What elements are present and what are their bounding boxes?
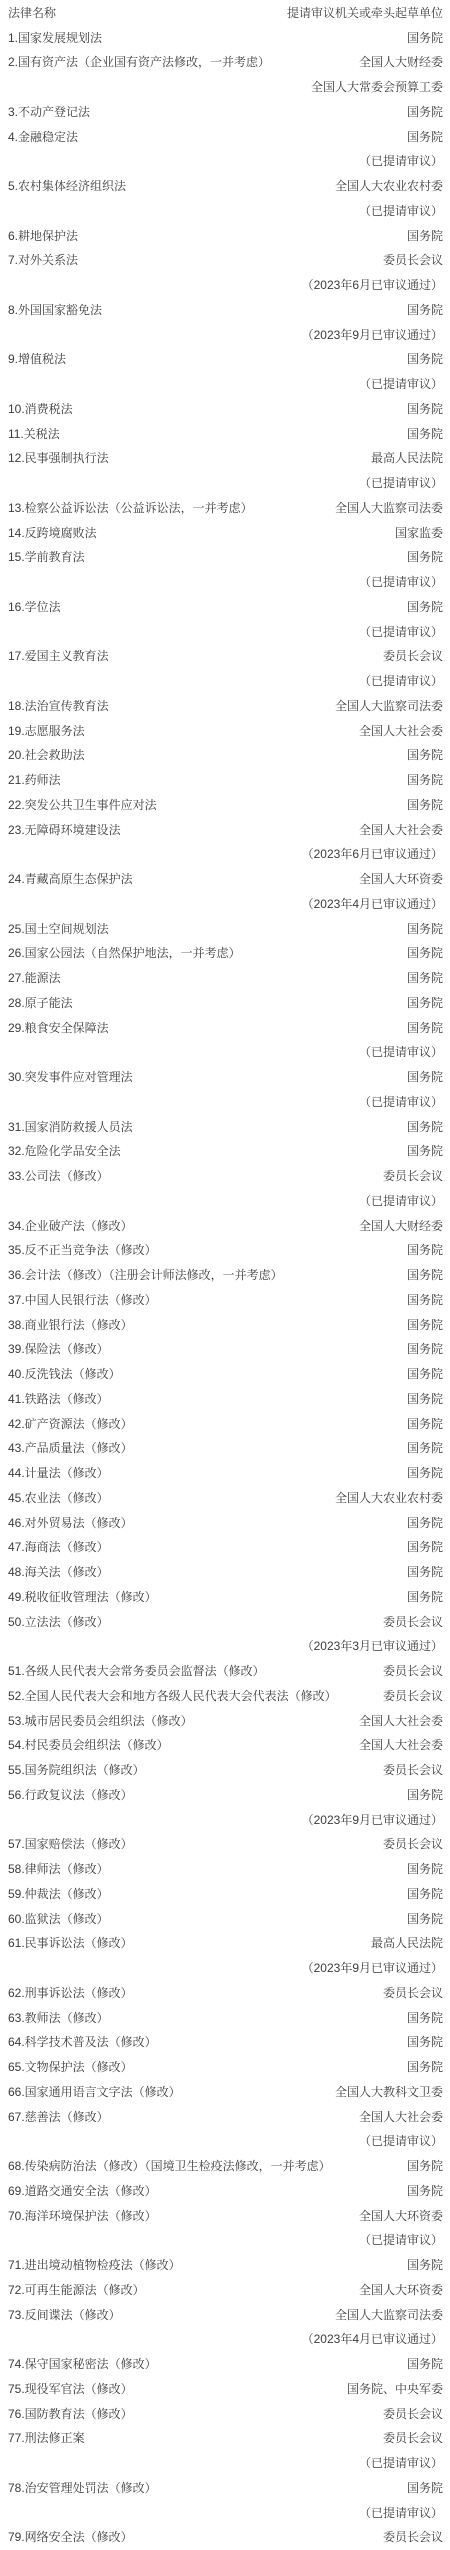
org-cell: 国务院 bbox=[407, 1266, 443, 1283]
table-row-note: （2023年4月已审议通过） bbox=[0, 891, 450, 916]
law-name-cell: 69.道路交通安全法（修改） bbox=[8, 2182, 401, 2199]
law-name-cell: 27.能源法 bbox=[8, 969, 401, 986]
law-name-cell: 22.突发公共卫生事件应对法 bbox=[8, 796, 401, 813]
table-row: 74.保守国家秘密法（修改）国务院 bbox=[0, 2351, 450, 2376]
status-note-cell: （已提请审议） bbox=[359, 2132, 443, 2149]
law-name-cell: 62.刑事诉讼法（修改） bbox=[8, 1984, 377, 2001]
table-row: 25.国土空间规划法国务院 bbox=[0, 916, 450, 941]
law-name-cell: 21.药师法 bbox=[8, 771, 401, 788]
org-cell: 国务院 bbox=[407, 1118, 443, 1135]
table-row-note: （已提请审议） bbox=[0, 2129, 450, 2154]
status-note-cell: （已提请审议） bbox=[359, 152, 443, 169]
status-note-cell: （2023年9月已审议通过） bbox=[302, 1959, 443, 1976]
table-row: 69.道路交通安全法（修改）国务院 bbox=[0, 2178, 450, 2203]
table-row: 37.中国人民银行法（修改）国务院 bbox=[0, 1287, 450, 1312]
table-row: 19.志愿服务法全国人大社会委 bbox=[0, 718, 450, 743]
org-cell: 全国人大农业农村委 bbox=[335, 1489, 443, 1506]
org-cell: 国务院 bbox=[407, 920, 443, 937]
org-cell: 全国人大社会委 bbox=[359, 821, 443, 838]
table-row: 5.农村集体经济组织法全国人大农业农村委 bbox=[0, 173, 450, 198]
law-name-cell: 45.农业法（修改） bbox=[8, 1489, 329, 1506]
org-cell: 国务院 bbox=[407, 598, 443, 615]
org-cell: 国务院 bbox=[407, 103, 443, 120]
table-row: 67.慈善法（修改）全国人大社会委 bbox=[0, 2104, 450, 2129]
law-name-cell: 46.对外贸易法（修改） bbox=[8, 1514, 401, 1531]
table-row: 15.学前教育法国务院 bbox=[0, 545, 450, 570]
org-cell: 全国人大财经委 bbox=[359, 1217, 443, 1234]
law-name-cell: 52.全国人民代表大会和地方各级人民代表大会代表法（修改） bbox=[8, 1687, 377, 1704]
table-row: 33.公司法（修改）委员长会议 bbox=[0, 1163, 450, 1188]
org-cell: 国务院 bbox=[407, 350, 443, 367]
status-note-cell: （2023年3月已审议通过） bbox=[302, 1637, 443, 1654]
law-name-cell: 23.无障碍环境建设法 bbox=[8, 821, 353, 838]
column-header-law-name: 法律名称 bbox=[8, 4, 281, 21]
law-name-cell: 40.反洗钱法（修改） bbox=[8, 1365, 401, 1382]
org-cell: 委员长会议 bbox=[383, 2429, 443, 2446]
table-row: 73.反间谍法（修改）全国人大监察司法委 bbox=[0, 2302, 450, 2327]
law-name-cell: 12.民事强制执行法 bbox=[8, 449, 365, 466]
status-note-cell: （2023年9月已审议通过） bbox=[302, 326, 443, 343]
table-row-note: （2023年3月已审议通过） bbox=[0, 1634, 450, 1659]
table-row: 56.行政复议法（修改）国务院 bbox=[0, 1782, 450, 1807]
table-row: 40.反洗钱法（修改）国务院 bbox=[0, 1361, 450, 1386]
table-row: 20.社会救助法国务院 bbox=[0, 743, 450, 768]
table-row: 77.刑法修正案委员长会议 bbox=[0, 2426, 450, 2451]
law-name-cell: 36.会计法（修改）（注册会计师法修改，一并考虑） bbox=[8, 1266, 401, 1283]
law-name-cell: 72.可再生能源法（修改） bbox=[8, 2281, 353, 2298]
table-row: 10.消费税法国务院 bbox=[0, 396, 450, 421]
table-row: 55.国务院组织法（修改）委员长会议 bbox=[0, 1757, 450, 1782]
table-row-note: （2023年9月已审议通过） bbox=[0, 1807, 450, 1832]
org-cell: 全国人大农业农村委 bbox=[335, 177, 443, 194]
law-name-cell: 56.行政复议法（修改） bbox=[8, 1786, 401, 1803]
law-name-cell: 29.粮食安全保障法 bbox=[8, 1019, 401, 1036]
org-cell: 全国人大环资委 bbox=[359, 2207, 443, 2224]
org-cell: 全国人大社会委 bbox=[359, 1712, 443, 1729]
law-name-cell: 3.不动产登记法 bbox=[8, 103, 401, 120]
org-cell: 国务院 bbox=[407, 1588, 443, 1605]
law-name-cell: 79.网络安全法（修改） bbox=[8, 2528, 377, 2545]
org-cell: 全国人大环资委 bbox=[359, 870, 443, 887]
org-cell: 委员长会议 bbox=[383, 1761, 443, 1778]
org-cell: 国务院 bbox=[407, 128, 443, 145]
table-row: 62.刑事诉讼法（修改）委员长会议 bbox=[0, 1980, 450, 2005]
org-cell: 国务院 bbox=[407, 301, 443, 318]
law-name-cell: 10.消费税法 bbox=[8, 400, 401, 417]
org-cell: 国务院 bbox=[407, 1563, 443, 1580]
table-row: 41.铁路法（修改）国务院 bbox=[0, 1386, 450, 1411]
table-row-note: （已提请审议） bbox=[0, 619, 450, 644]
law-name-cell: 37.中国人民银行法（修改） bbox=[8, 1291, 401, 1308]
law-name-cell: 55.国务院组织法（修改） bbox=[8, 1761, 377, 1778]
law-name-cell: 43.产品质量法（修改） bbox=[8, 1439, 401, 1456]
table-row: 51.各级人民代表大会常务委员会监督法（修改）委员长会议 bbox=[0, 1658, 450, 1683]
law-table-body: 1.国家发展规划法国务院2.国有资产法（企业国有资产法修改，一并考虑）全国人大财… bbox=[0, 25, 450, 2550]
table-row: 2.国有资产法（企业国有资产法修改，一并考虑）全国人大财经委 bbox=[0, 50, 450, 75]
law-name-cell: 1.国家发展规划法 bbox=[8, 29, 401, 46]
table-row-note: （已提请审议） bbox=[0, 668, 450, 693]
table-row-note: （已提请审议） bbox=[0, 2450, 450, 2475]
status-note-cell: （2023年9月已审议通过） bbox=[302, 1811, 443, 1828]
law-name-cell: 42.矿产资源法（修改） bbox=[8, 1415, 401, 1432]
law-name-cell: 7.对外关系法 bbox=[8, 251, 377, 268]
table-row: 1.国家发展规划法国务院 bbox=[0, 25, 450, 50]
table-row: 57.国家赔偿法（修改）委员长会议 bbox=[0, 1832, 450, 1857]
org-cell: 委员长会议 bbox=[383, 1687, 443, 1704]
org-cell: 国务院 bbox=[407, 2058, 443, 2075]
org-cell: 国务院 bbox=[407, 1365, 443, 1382]
table-row: 68.传染病防治法（修改）（国境卫生检疫法修改，一并考虑）国务院 bbox=[0, 2153, 450, 2178]
status-note-cell: （已提请审议） bbox=[359, 202, 443, 219]
status-note-cell: （已提请审议） bbox=[359, 2231, 443, 2248]
org-cell: 国务院 bbox=[407, 1291, 443, 1308]
org-cell: 委员长会议 bbox=[383, 1835, 443, 1852]
table-row: 42.矿产资源法（修改）国务院 bbox=[0, 1411, 450, 1436]
table-row: 30.突发事件应对管理法国务院 bbox=[0, 1064, 450, 1089]
table-row: 23.无障碍环境建设法全国人大社会委 bbox=[0, 817, 450, 842]
org-cell: 委员长会议 bbox=[383, 1167, 443, 1184]
table-row: 17.爱国主义教育法委员长会议 bbox=[0, 644, 450, 669]
table-row: 31.国家消防救援人员法国务院 bbox=[0, 1114, 450, 1139]
law-name-cell: 31.国家消防救援人员法 bbox=[8, 1118, 401, 1135]
law-name-cell: 9.增值税法 bbox=[8, 350, 401, 367]
table-row: 11.关税法国务院 bbox=[0, 421, 450, 446]
table-row-note: （已提请审议） bbox=[0, 2228, 450, 2253]
org-cell: 国务院 bbox=[407, 29, 443, 46]
table-row: 72.可再生能源法（修改）全国人大环资委 bbox=[0, 2277, 450, 2302]
org-cell: 国务院 bbox=[407, 1415, 443, 1432]
status-note-cell: （已提请审议） bbox=[359, 474, 443, 491]
law-name-cell: 76.国防教育法（修改） bbox=[8, 2405, 377, 2422]
table-row-note: （2023年9月已审议通过） bbox=[0, 1955, 450, 1980]
table-row: 18.法治宣传教育法全国人大监察司法委 bbox=[0, 693, 450, 718]
legislation-plan-table: 法律名称 提请审议机关或牵头起草单位 1.国家发展规划法国务院2.国有资产法（企… bbox=[0, 0, 450, 2550]
law-name-cell: 4.金融稳定法 bbox=[8, 128, 401, 145]
table-row-note: （已提请审议） bbox=[0, 470, 450, 495]
law-name-cell: 25.国土空间规划法 bbox=[8, 920, 401, 937]
table-row: 63.教师法（修改）国务院 bbox=[0, 2005, 450, 2030]
status-note-cell: （已提请审议） bbox=[359, 2504, 443, 2521]
table-row: 32.危险化学品安全法国务院 bbox=[0, 1139, 450, 1164]
org-cell: 国务院 bbox=[407, 1786, 443, 1803]
table-row-note: （已提请审议） bbox=[0, 198, 450, 223]
org-cell: 委员长会议 bbox=[383, 1662, 443, 1679]
status-note-cell: （已提请审议） bbox=[359, 1043, 443, 1060]
law-name-cell: 13.检察公益诉讼法（公益诉讼法，一并考虑） bbox=[8, 499, 329, 516]
law-name-cell: 24.青藏高原生态保护法 bbox=[8, 870, 353, 887]
table-row: 70.海洋环境保护法（修改）全国人大环资委 bbox=[0, 2203, 450, 2228]
law-name-cell: 53.城市居民委员会组织法（修改） bbox=[8, 1712, 353, 1729]
org-cell: 国务院 bbox=[407, 969, 443, 986]
table-row: 43.产品质量法（修改）国务院 bbox=[0, 1436, 450, 1461]
law-name-cell: 54.村民委员会组织法（修改） bbox=[8, 1736, 353, 1753]
law-name-cell: 61.民事诉讼法（修改） bbox=[8, 1934, 365, 1951]
table-row: 4.金融稳定法国务院 bbox=[0, 124, 450, 149]
table-row: 39.保险法（修改）国务院 bbox=[0, 1337, 450, 1362]
table-row: 78.治安管理处罚法（修改）国务院 bbox=[0, 2475, 450, 2500]
org-cell: 全国人大社会委 bbox=[359, 722, 443, 739]
table-header-row: 法律名称 提请审议机关或牵头起草单位 bbox=[0, 0, 450, 25]
org-cell: 国务院 bbox=[407, 944, 443, 961]
law-name-cell: 11.关税法 bbox=[8, 425, 401, 442]
org-cell: 委员长会议 bbox=[383, 2405, 443, 2422]
status-note-cell: （已提请审议） bbox=[359, 573, 443, 590]
table-row-note: （2023年6月已审议通过） bbox=[0, 842, 450, 867]
law-name-cell: 41.铁路法（修改） bbox=[8, 1390, 401, 1407]
table-row: 35.反不正当竞争法（修改）国务院 bbox=[0, 1238, 450, 1263]
org-cell: 全国人大监察司法委 bbox=[335, 697, 443, 714]
org-cell: 全国人大监察司法委 bbox=[335, 499, 443, 516]
table-row: 16.学位法国务院 bbox=[0, 594, 450, 619]
law-name-cell: 32.危险化学品安全法 bbox=[8, 1142, 401, 1159]
table-row: 28.原子能法国务院 bbox=[0, 990, 450, 1015]
org-cell: 国务院 bbox=[407, 771, 443, 788]
table-row: 27.能源法国务院 bbox=[0, 965, 450, 990]
org-cell: 国务院 bbox=[407, 2256, 443, 2273]
law-name-cell: 28.原子能法 bbox=[8, 994, 401, 1011]
law-name-cell: 19.志愿服务法 bbox=[8, 722, 353, 739]
org-cell: 国务院 bbox=[407, 1885, 443, 1902]
org-cell: 国务院 bbox=[407, 1910, 443, 1927]
org-cell: 国务院 bbox=[407, 2033, 443, 2050]
law-name-cell: 2.国有资产法（企业国有资产法修改，一并考虑） bbox=[8, 53, 353, 70]
table-row: 47.海商法（修改）国务院 bbox=[0, 1535, 450, 1560]
table-row: 6.耕地保护法国务院 bbox=[0, 223, 450, 248]
status-note-cell: （2023年6月已审议通过） bbox=[302, 276, 443, 293]
org-cell: 国务院 bbox=[407, 2479, 443, 2496]
table-row-note: （已提请审议） bbox=[0, 2500, 450, 2525]
table-row: 13.检察公益诉讼法（公益诉讼法，一并考虑）全国人大监察司法委 bbox=[0, 495, 450, 520]
table-row-note: （已提请审议） bbox=[0, 1040, 450, 1065]
table-row: 58.律师法（修改）国务院 bbox=[0, 1856, 450, 1881]
org-cell: 委员长会议 bbox=[383, 647, 443, 664]
table-row: 9.增值税法国务院 bbox=[0, 347, 450, 372]
org-cell: 国务院 bbox=[407, 1142, 443, 1159]
table-row: 66.国家通用语言文字法（修改）全国人大教科文卫委 bbox=[0, 2079, 450, 2104]
org-cell: 国务院 bbox=[407, 1340, 443, 1357]
org-cell: 最高人民法院 bbox=[371, 1934, 443, 1951]
status-note-cell: （2023年6月已审议通过） bbox=[302, 845, 443, 862]
table-row: 79.网络安全法（修改）委员长会议 bbox=[0, 2525, 450, 2550]
table-row: 44.计量法（修改）国务院 bbox=[0, 1460, 450, 1485]
org-cell: 国务院 bbox=[407, 1019, 443, 1036]
org-cell: 国务院 bbox=[407, 548, 443, 565]
law-name-cell: 63.教师法（修改） bbox=[8, 2009, 401, 2026]
law-name-cell: 30.突发事件应对管理法 bbox=[8, 1068, 401, 1085]
org-cell: 全国人大监察司法委 bbox=[335, 2306, 443, 2323]
status-note-cell: （已提请审议） bbox=[359, 672, 443, 689]
law-name-cell: 26.国家公园法（自然保护地法，一并考虑） bbox=[8, 944, 401, 961]
table-row: 71.进出境动植物检疫法（修改）国务院 bbox=[0, 2252, 450, 2277]
table-row: 60.监狱法（修改）国务院 bbox=[0, 1906, 450, 1931]
law-name-cell: 16.学位法 bbox=[8, 598, 401, 615]
table-row: 48.海关法（修改）国务院 bbox=[0, 1559, 450, 1584]
table-row: 8.外国国家豁免法国务院 bbox=[0, 297, 450, 322]
table-row: 34.企业破产法（修改）全国人大财经委 bbox=[0, 1213, 450, 1238]
org-cell: 国家监委 bbox=[395, 524, 443, 541]
table-row: 76.国防教育法（修改）委员长会议 bbox=[0, 2401, 450, 2426]
org-cell: 国务院 bbox=[407, 1514, 443, 1531]
org-cell: 委员长会议 bbox=[383, 1984, 443, 2001]
table-row: 59.仲裁法（修改）国务院 bbox=[0, 1881, 450, 1906]
law-name-cell: 75.现役军官法（修改） bbox=[8, 2380, 341, 2397]
org-cell: 国务院 bbox=[407, 400, 443, 417]
law-name-cell: 73.反间谍法（修改） bbox=[8, 2306, 329, 2323]
org-cell: 国务院 bbox=[407, 1316, 443, 1333]
table-row: 24.青藏高原生态保护法全国人大环资委 bbox=[0, 866, 450, 891]
table-row: 46.对外贸易法（修改）国务院 bbox=[0, 1510, 450, 1535]
law-name-cell: 50.立法法（修改） bbox=[8, 1613, 377, 1630]
org-cell: 国务院 bbox=[407, 1464, 443, 1481]
org-cell: 国务院 bbox=[407, 425, 443, 442]
law-name-cell: 70.海洋环境保护法（修改） bbox=[8, 2207, 353, 2224]
table-row: 54.村民委员会组织法（修改）全国人大社会委 bbox=[0, 1733, 450, 1758]
law-name-cell: 64.科学技术普及法（修改） bbox=[8, 2033, 401, 2050]
status-note-cell: （已提请审议） bbox=[359, 623, 443, 640]
status-note-cell: （已提请审议） bbox=[359, 375, 443, 392]
law-name-cell: 74.保守国家秘密法（修改） bbox=[8, 2355, 401, 2372]
org-cell: 全国人大教科文卫委 bbox=[335, 2083, 443, 2100]
table-row-note: （2023年6月已审议通过） bbox=[0, 272, 450, 297]
table-row-note: （2023年9月已审议通过） bbox=[0, 322, 450, 347]
law-name-cell: 38.商业银行法（修改） bbox=[8, 1316, 401, 1333]
org-cell: 国务院 bbox=[407, 1068, 443, 1085]
org-cell: 国务院 bbox=[407, 1390, 443, 1407]
org-cell: 国务院 bbox=[407, 746, 443, 763]
law-name-cell: 6.耕地保护法 bbox=[8, 227, 401, 244]
law-name-cell: 65.文物保护法（修改） bbox=[8, 2058, 401, 2075]
law-name-cell: 15.学前教育法 bbox=[8, 548, 401, 565]
org-cell: 全国人大环资委 bbox=[359, 2281, 443, 2298]
status-note-cell: （2023年4月已审议通过） bbox=[302, 895, 443, 912]
org-cell: 国务院 bbox=[407, 994, 443, 1011]
status-note-cell: （已提请审议） bbox=[359, 1093, 443, 1110]
law-name-cell: 58.律师法（修改） bbox=[8, 1860, 401, 1877]
status-note-cell: （已提请审议） bbox=[359, 1192, 443, 1209]
table-row: 26.国家公园法（自然保护地法，一并考虑）国务院 bbox=[0, 941, 450, 966]
status-note-cell: 全国人大常委会预算工委 bbox=[311, 78, 443, 95]
table-row: 7.对外关系法委员长会议 bbox=[0, 248, 450, 273]
law-name-cell: 39.保险法（修改） bbox=[8, 1340, 401, 1357]
law-name-cell: 49.税收征收管理法（修改） bbox=[8, 1588, 401, 1605]
law-name-cell: 77.刑法修正案 bbox=[8, 2429, 377, 2446]
table-row: 52.全国人民代表大会和地方各级人民代表大会代表法（修改）委员长会议 bbox=[0, 1683, 450, 1708]
org-cell: 委员长会议 bbox=[383, 1613, 443, 1630]
law-name-cell: 51.各级人民代表大会常务委员会监督法（修改） bbox=[8, 1662, 377, 1679]
org-cell: 委员长会议 bbox=[383, 251, 443, 268]
law-name-cell: 68.传染病防治法（修改）（国境卫生检疫法修改，一并考虑） bbox=[8, 2157, 401, 2174]
table-row: 65.文物保护法（修改）国务院 bbox=[0, 2054, 450, 2079]
org-cell: 国务院 bbox=[407, 2182, 443, 2199]
table-row: 36.会计法（修改）（注册会计师法修改，一并考虑）国务院 bbox=[0, 1262, 450, 1287]
law-name-cell: 71.进出境动植物检疫法（修改） bbox=[8, 2256, 401, 2273]
table-row-note: （2023年4月已审议通过） bbox=[0, 2327, 450, 2352]
table-row: 21.药师法国务院 bbox=[0, 767, 450, 792]
org-cell: 全国人大社会委 bbox=[359, 2108, 443, 2125]
law-name-cell: 34.企业破产法（修改） bbox=[8, 1217, 353, 1234]
law-name-cell: 14.反跨境腐败法 bbox=[8, 524, 389, 541]
law-name-cell: 5.农村集体经济组织法 bbox=[8, 177, 329, 194]
table-row: 3.不动产登记法国务院 bbox=[0, 99, 450, 124]
law-name-cell: 35.反不正当竞争法（修改） bbox=[8, 1241, 401, 1258]
law-name-cell: 66.国家通用语言文字法（修改） bbox=[8, 2083, 329, 2100]
law-name-cell: 67.慈善法（修改） bbox=[8, 2108, 353, 2125]
table-row: 50.立法法（修改）委员长会议 bbox=[0, 1609, 450, 1634]
status-note-cell: （2023年4月已审议通过） bbox=[302, 2330, 443, 2347]
org-cell: 国务院 bbox=[407, 2355, 443, 2372]
org-cell: 国务院 bbox=[407, 2157, 443, 2174]
table-row: 61.民事诉讼法（修改）最高人民法院 bbox=[0, 1931, 450, 1956]
table-row: 22.突发公共卫生事件应对法国务院 bbox=[0, 792, 450, 817]
table-row-note: （已提请审议） bbox=[0, 149, 450, 174]
table-row: 29.粮食安全保障法国务院 bbox=[0, 1015, 450, 1040]
column-header-org: 提请审议机关或牵头起草单位 bbox=[287, 4, 443, 21]
law-name-cell: 18.法治宣传教育法 bbox=[8, 697, 329, 714]
law-name-cell: 8.外国国家豁免法 bbox=[8, 301, 401, 318]
org-cell: 国务院、中央军委 bbox=[347, 2380, 443, 2397]
table-row: 64.科学技术普及法（修改）国务院 bbox=[0, 2030, 450, 2055]
org-cell: 国务院 bbox=[407, 2009, 443, 2026]
org-cell: 国务院 bbox=[407, 1241, 443, 1258]
org-cell: 国务院 bbox=[407, 1439, 443, 1456]
org-cell: 最高人民法院 bbox=[371, 449, 443, 466]
org-cell: 委员长会议 bbox=[383, 2528, 443, 2545]
table-row: 12.民事强制执行法最高人民法院 bbox=[0, 446, 450, 471]
table-row: 75.现役军官法（修改）国务院、中央军委 bbox=[0, 2376, 450, 2401]
table-row: 53.城市居民委员会组织法（修改）全国人大社会委 bbox=[0, 1708, 450, 1733]
org-cell: 国务院 bbox=[407, 1860, 443, 1877]
table-row-note: （已提请审议） bbox=[0, 1089, 450, 1114]
table-row: 38.商业银行法（修改）国务院 bbox=[0, 1312, 450, 1337]
law-name-cell: 48.海关法（修改） bbox=[8, 1563, 401, 1580]
law-name-cell: 33.公司法（修改） bbox=[8, 1167, 377, 1184]
org-cell: 国务院 bbox=[407, 796, 443, 813]
org-cell: 国务院 bbox=[407, 1538, 443, 1555]
law-name-cell: 17.爱国主义教育法 bbox=[8, 647, 377, 664]
law-name-cell: 57.国家赔偿法（修改） bbox=[8, 1835, 377, 1852]
law-name-cell: 20.社会救助法 bbox=[8, 746, 401, 763]
table-row-note: （已提请审议） bbox=[0, 569, 450, 594]
table-row: 49.税收征收管理法（修改）国务院 bbox=[0, 1584, 450, 1609]
table-row: 45.农业法（修改）全国人大农业农村委 bbox=[0, 1485, 450, 1510]
law-name-cell: 44.计量法（修改） bbox=[8, 1464, 401, 1481]
org-cell: 全国人大财经委 bbox=[359, 53, 443, 70]
law-name-cell: 47.海商法（修改） bbox=[8, 1538, 401, 1555]
org-cell: 全国人大社会委 bbox=[359, 1736, 443, 1753]
law-name-cell: 59.仲裁法（修改） bbox=[8, 1885, 401, 1902]
table-row-note: （已提请审议） bbox=[0, 371, 450, 396]
org-cell: 国务院 bbox=[407, 227, 443, 244]
law-name-cell: 60.监狱法（修改） bbox=[8, 1910, 401, 1927]
law-name-cell: 78.治安管理处罚法（修改） bbox=[8, 2479, 401, 2496]
table-row-note: 全国人大常委会预算工委 bbox=[0, 74, 450, 99]
table-row-note: （已提请审议） bbox=[0, 1188, 450, 1213]
table-row: 14.反跨境腐败法国家监委 bbox=[0, 520, 450, 545]
status-note-cell: （已提请审议） bbox=[359, 2454, 443, 2471]
